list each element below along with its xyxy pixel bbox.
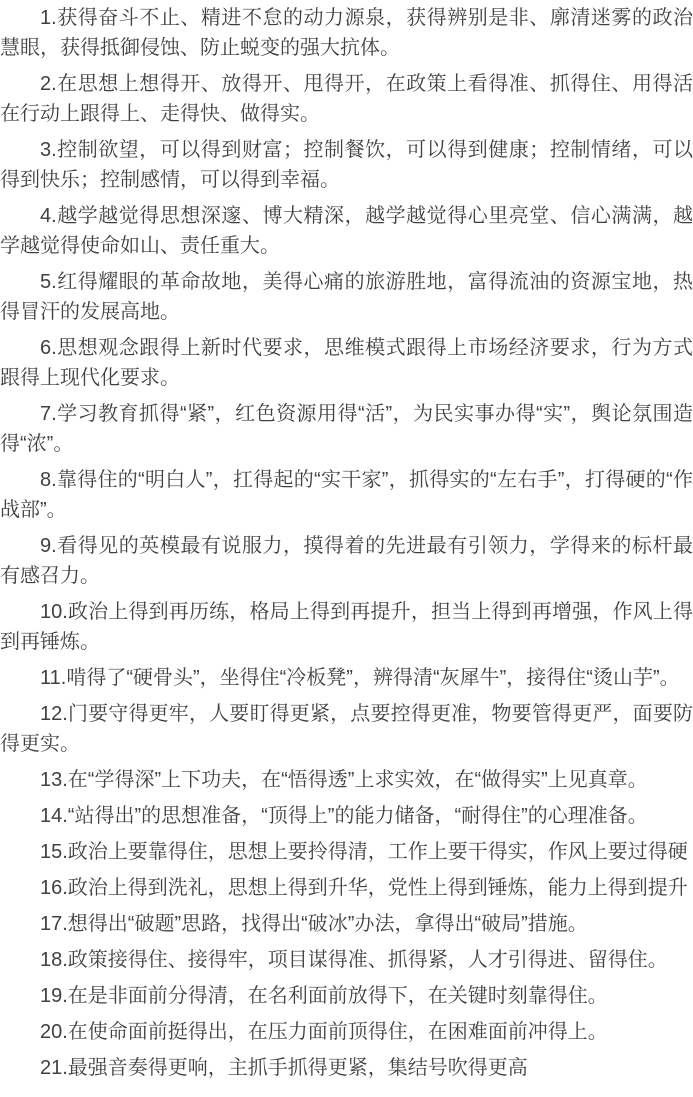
list-item: 2.在思想上想得开、放得开、甩得开，在政策上看得准、抓得住、用得活在行动上跟得上… (0, 69, 693, 129)
list-item: 14.“站得出”的思想准备，“顶得上”的能力储备，“耐得住”的心理准备。 (0, 801, 693, 831)
list-item: 1.获得奋斗不止、精进不怠的动力源泉，获得辨别是非、廓清迷雾的政治慧眼，获得抵御… (0, 3, 693, 63)
list-item: 7.学习教育抓得“紧”，红色资源用得“活”，为民实事办得“实”，舆论氛围造得“浓… (0, 399, 693, 459)
list-item: 11.啃得了“硬骨头”，坐得住“冷板凳”，辨得清“灰犀牛”，接得住“烫山芋”。 (0, 663, 693, 693)
article-body: 1.获得奋斗不止、精进不怠的动力源泉，获得辨别是非、廓清迷雾的政治慧眼，获得抵御… (0, 0, 693, 1083)
list-item: 12.门要守得更牢，人要盯得更紧，点要控得更准，物要管得更严，面要防得更实。 (0, 699, 693, 759)
list-item: 19.在是非面前分得清，在名利面前放得下，在关键时刻靠得住。 (0, 981, 693, 1011)
document-page: { "page": { "background_color": "#ffffff… (0, 0, 693, 1097)
list-item: 3.控制欲望，可以得到财富；控制餐饮，可以得到健康；控制情绪，可以得到快乐；控制… (0, 135, 693, 195)
list-item: 9.看得见的英模最有说服力，摸得着的先进最有引领力，学得来的标杆最有感召力。 (0, 531, 693, 591)
list-item: 17.想得出“破题”思路，找得出“破冰”办法，拿得出“破局”措施。 (0, 909, 693, 939)
list-item: 4.越学越觉得思想深邃、博大精深，越学越觉得心里亮堂、信心满满，越学越觉得使命如… (0, 201, 693, 261)
list-item: 18.政策接得住、接得牢，项目谋得准、抓得紧，人才引得进、留得住。 (0, 945, 693, 975)
list-item: 15.政治上要靠得住，思想上要拎得清，工作上要干得实，作风上要过得硬 (0, 837, 693, 867)
list-item: 13.在“学得深”上下功夫，在“悟得透”上求实效，在“做得实”上见真章。 (0, 765, 693, 795)
list-item: 20.在使命面前挺得出，在压力面前顶得住，在困难面前冲得上。 (0, 1017, 693, 1047)
list-item: 6.思想观念跟得上新时代要求，思维模式跟得上市场经济要求，行为方式跟得上现代化要… (0, 333, 693, 393)
list-item: 16.政治上得到洗礼，思想上得到升华，党性上得到锤炼，能力上得到提升 (0, 873, 693, 903)
list-item: 5.红得耀眼的革命故地，美得心痛的旅游胜地，富得流油的资源宝地，热得冒汗的发展高… (0, 267, 693, 327)
list-item: 10.政治上得到再历练，格局上得到再提升，担当上得到再增强，作风上得到再锤炼。 (0, 597, 693, 657)
list-item: 8.靠得住的“明白人”，扛得起的“实干家”，抓得实的“左右手”，打得硬的“作战部… (0, 465, 693, 525)
list-item: 21.最强音奏得更响，主抓手抓得更紧，集结号吹得更高 (0, 1053, 693, 1083)
